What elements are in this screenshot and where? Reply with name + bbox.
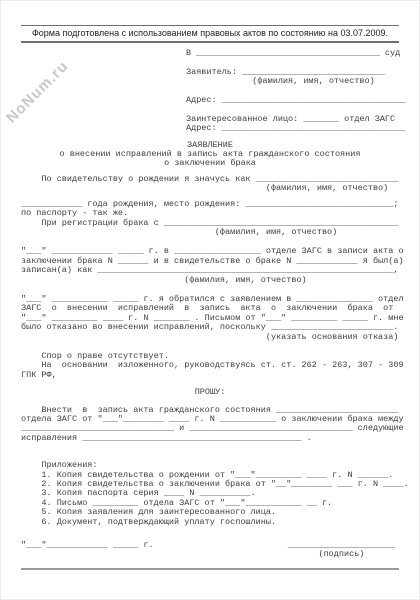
footer-date: "___"____________ _____ г. [21,541,154,550]
text-line: (указать основания отказа) [21,333,399,342]
request-heading: ПРОШУ: [21,388,399,397]
text-line: (фамилия, имя, отчество) [21,228,399,237]
text-line: На основании изложенного, руководствуясь… [21,361,399,370]
text-line: ГПК РФ, [21,371,399,380]
title-subtitle-2: о заключении брака [21,159,399,168]
paragraph-legal-basis: Спор о праве отсутствует. На основании и… [21,352,399,380]
banner-note: Форма подготовлена с использованием прав… [21,25,399,43]
bottom-rule [21,568,399,570]
text-line: Адрес: _________________________________… [186,124,399,133]
document-page: NoNum.ru Форма подготовлена с использова… [0,0,420,600]
text-line: (фамилия, имя, отчество) [21,276,399,285]
text-line: 6. Документ, подтверждающий уплату госпо… [21,518,399,527]
paragraph-marriage-record: "___" ____________ _____ г. в __________… [21,247,399,285]
attachments-list: Приложения: 1. Копия свидетельства о рож… [21,461,399,527]
signature-label: (подпись) [288,550,395,559]
paragraph-birth-certificate: По свидетельству о рождении я значусь ка… [21,175,399,194]
court-header-block: В ____________________________________ с… [186,49,399,134]
text-line: Адрес: _________________________________… [186,96,399,105]
title-block: ЗАЯВЛЕНИЕ о внесении исправлений в запис… [21,141,399,169]
text-line: В ____________________________________ с… [186,49,399,58]
paragraph-zags-application: "___" ___________ _____ г. я обратился с… [21,295,399,342]
text-line: (фамилия, имя, отчество) [21,184,399,193]
footer: "___"____________ _____ г. _____________… [21,541,399,560]
paragraph-birth-details: ____________ года рождения, место рожден… [21,200,399,238]
text-line: исправления ____________________________… [21,434,399,443]
signature-block: _____________________ (подпись) [288,541,395,560]
paragraph-request: Внести в запись акта гражданского состоя… [21,406,399,444]
text-line: (фамилия, имя, отчество) [186,77,399,86]
